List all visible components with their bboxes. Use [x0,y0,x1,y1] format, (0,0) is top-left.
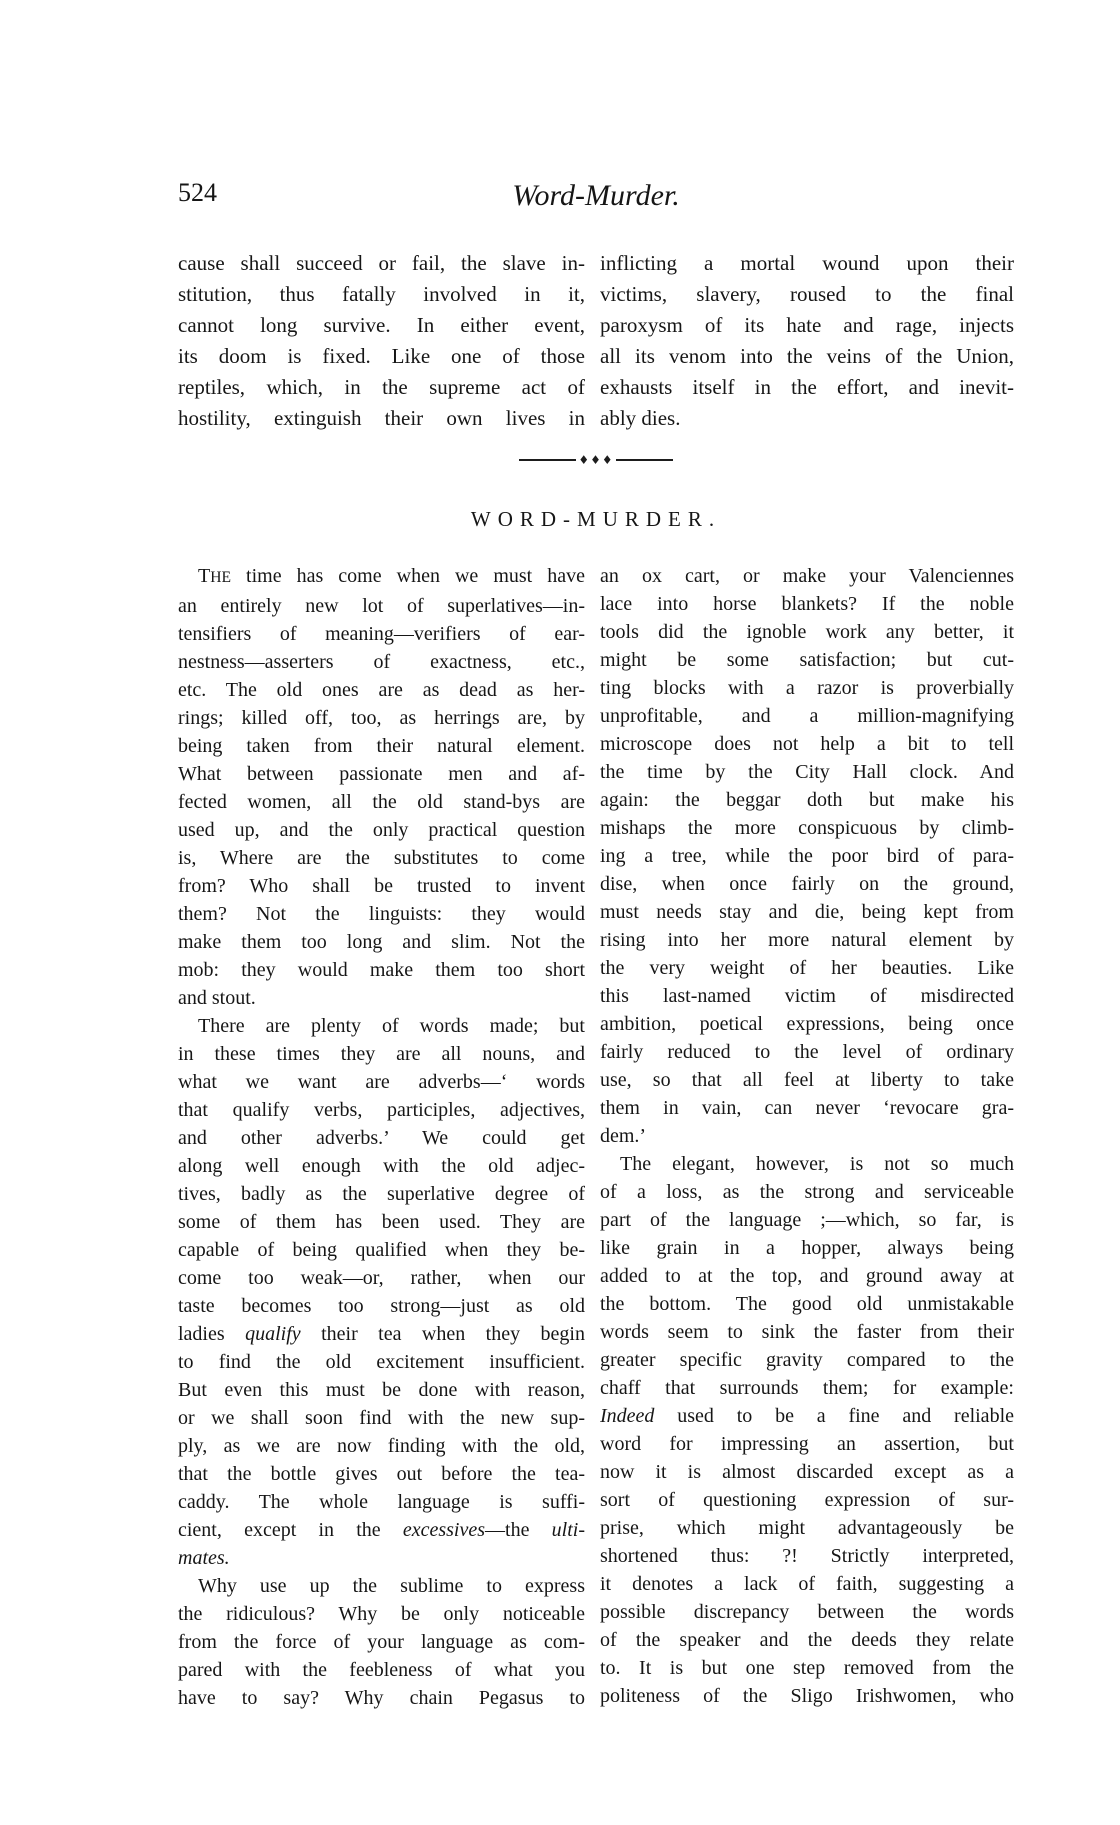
text-line: like grain in a hopper, always being [600,1234,1014,1262]
text-line: Why use up the sublime to express [178,1572,585,1600]
text-line: cause shall succeed or fail, the slave i… [178,248,585,279]
divider-diamonds-ornament: ♦♦♦ [578,454,613,466]
text-line: There are plenty of words made; but [178,1012,585,1040]
article-title: WORD-MURDER. [178,505,1014,533]
text-line: politeness of the Sligo Irishwomen, who [600,1682,1014,1710]
text-line: to. It is but one step removed from the [600,1654,1014,1682]
text-line: lace into horse blankets? If the noble [600,590,1014,618]
text-line: THE time has come when we must have [178,562,585,592]
text-line: of a loss, as the strong and serviceable [600,1178,1014,1206]
text-line: tensifiers of meaning—verifiers of ear- [178,620,585,648]
text-line: that qualify verbs, participles, adjecti… [178,1096,585,1124]
text-line: come too weak—or, rather, when our [178,1264,585,1292]
text-line: microscope does not help a bit to tell [600,730,1014,758]
text-line: from? Who shall be trusted to invent [178,872,585,900]
text-line: nestness—asserters of exactness, etc., [178,648,585,676]
text-line: unprofitable, and a million-magnifying [600,702,1014,730]
section-divider: ♦♦♦ [178,450,1014,470]
text-line: But even this must be done with reason, [178,1376,585,1404]
top-section-left-column: cause shall succeed or fail, the slave i… [178,248,585,434]
text-line: or we shall soon find with the new sup- [178,1404,585,1432]
text-line: shortened thus: ?! Strictly interpreted, [600,1542,1014,1570]
article-left-column: THE time has come when we must havean en… [178,562,585,1712]
text-line: The elegant, however, is not so much [600,1150,1014,1178]
text-line: make them too long and slim. Not the [178,928,585,956]
text-line: dise, when once fairly on the ground, [600,870,1014,898]
text-line: paroxysm of its hate and rage, injects [600,310,1014,341]
text-line: this last-named victim of misdirected [600,982,1014,1010]
text-line: ply, as we are now finding with the old, [178,1432,585,1460]
text-line: ing a tree, while the poor bird of para- [600,842,1014,870]
text-line: cient, except in the excessives—the ulti… [178,1516,585,1544]
text-line: of the speaker and the deeds they relate [600,1626,1014,1654]
text-line: mates. [178,1544,585,1572]
divider-rule-right [616,459,673,461]
article-right-column: an ox cart, or make your Valencienneslac… [600,562,1014,1710]
text-line: ably dies. [600,403,1014,434]
text-line: etc. The old ones are as dead as her- [178,676,585,704]
text-line: is, Where are the substitutes to come [178,844,585,872]
text-line: ting blocks with a razor is proverbially [600,674,1014,702]
text-line: cannot long survive. In either event, [178,310,585,341]
text-line: part of the language ;—which, so far, is [600,1206,1014,1234]
text-line: exhausts itself in the effort, and inevi… [600,372,1014,403]
scanned-book-page: 524 Word-Murder. cause shall succeed or … [0,0,1120,1825]
text-line: capable of being qualified when they be- [178,1236,585,1264]
text-line: dem.’ [600,1122,1014,1150]
text-line: an entirely new lot of superlatives—in- [178,592,585,620]
text-line: rising into her more natural element by [600,926,1014,954]
text-line: victims, slavery, roused to the final [600,279,1014,310]
text-line: its doom is fixed. Like one of those [178,341,585,372]
text-line: ladies qualify their tea when they begin [178,1320,585,1348]
text-line: prise, which might advantageously be [600,1514,1014,1542]
text-line: rings; killed off, too, as herrings are,… [178,704,585,732]
text-line: inflicting a mortal wound upon their [600,248,1014,279]
running-head: Word-Murder. [178,181,1014,211]
text-line: mob: they would make them too short [178,956,585,984]
text-line: word for impressing an assertion, but [600,1430,1014,1458]
text-line: What between passionate men and af- [178,760,585,788]
top-section-right-column: inflicting a mortal wound upon theirvict… [600,248,1014,434]
text-line: the very weight of her beauties. Like [600,954,1014,982]
text-line: stitution, thus fatally involved in it, [178,279,585,310]
text-line: the ridiculous? Why be only noticeable [178,1600,585,1628]
text-line: greater specific gravity compared to the [600,1346,1014,1374]
text-line: being taken from their natural element. [178,732,585,760]
divider-rule-left [519,459,576,461]
text-line: hostility, extinguish their own lives in [178,403,585,434]
text-line: and stout. [178,984,585,1012]
text-line: along well enough with the old adjec- [178,1152,585,1180]
text-line: might be some satisfaction; but cut- [600,646,1014,674]
text-line: tools did the ignoble work any better, i… [600,618,1014,646]
text-line: fairly reduced to the level of ordinary [600,1038,1014,1066]
text-line: an ox cart, or make your Valenciennes [600,562,1014,590]
text-line: some of them has been used. They are [178,1208,585,1236]
text-line: caddy. The whole language is suffi- [178,1488,585,1516]
text-line: must needs stay and die, being kept from [600,898,1014,926]
text-line: chaff that surrounds them; for example: [600,1374,1014,1402]
text-line: possible discrepancy between the words [600,1598,1014,1626]
text-line: taste becomes too strong—just as old [178,1292,585,1320]
text-line: them in vain, can never ‘revocare gra- [600,1094,1014,1122]
text-line: added to at the top, and ground away at [600,1262,1014,1290]
text-line: from the force of your language as com- [178,1628,585,1656]
text-line: the time by the City Hall clock. And [600,758,1014,786]
text-line: tives, badly as the superlative degree o… [178,1180,585,1208]
text-line: that the bottle gives out before the tea… [178,1460,585,1488]
text-line: Indeed used to be a fine and reliable [600,1402,1014,1430]
text-line: what we want are adverbs—‘ words [178,1068,585,1096]
text-line: pared with the feebleness of what you [178,1656,585,1684]
text-line: reptiles, which, in the supreme act of [178,372,585,403]
text-line: used up, and the only practical question [178,816,585,844]
text-line: it denotes a lack of faith, suggesting a [600,1570,1014,1598]
text-line: the bottom. The good old unmistakable [600,1290,1014,1318]
text-line: now it is almost discarded except as a [600,1458,1014,1486]
text-line: ambition, poetical expressions, being on… [600,1010,1014,1038]
text-line: and other adverbs.’ We could get [178,1124,585,1152]
text-line: words seem to sink the faster from their [600,1318,1014,1346]
text-line: again: the beggar doth but make his [600,786,1014,814]
text-line: mishaps the more conspicuous by climb- [600,814,1014,842]
text-line: sort of questioning expression of sur- [600,1486,1014,1514]
text-line: use, so that all feel at liberty to take [600,1066,1014,1094]
text-line: to find the old excitement insufficient. [178,1348,585,1376]
text-line: in these times they are all nouns, and [178,1040,585,1068]
text-line: all its venom into the veins of the Unio… [600,341,1014,372]
text-line: them? Not the linguists: they would [178,900,585,928]
text-line: have to say? Why chain Pegasus to [178,1684,585,1712]
text-line: fected women, all the old stand-bys are [178,788,585,816]
